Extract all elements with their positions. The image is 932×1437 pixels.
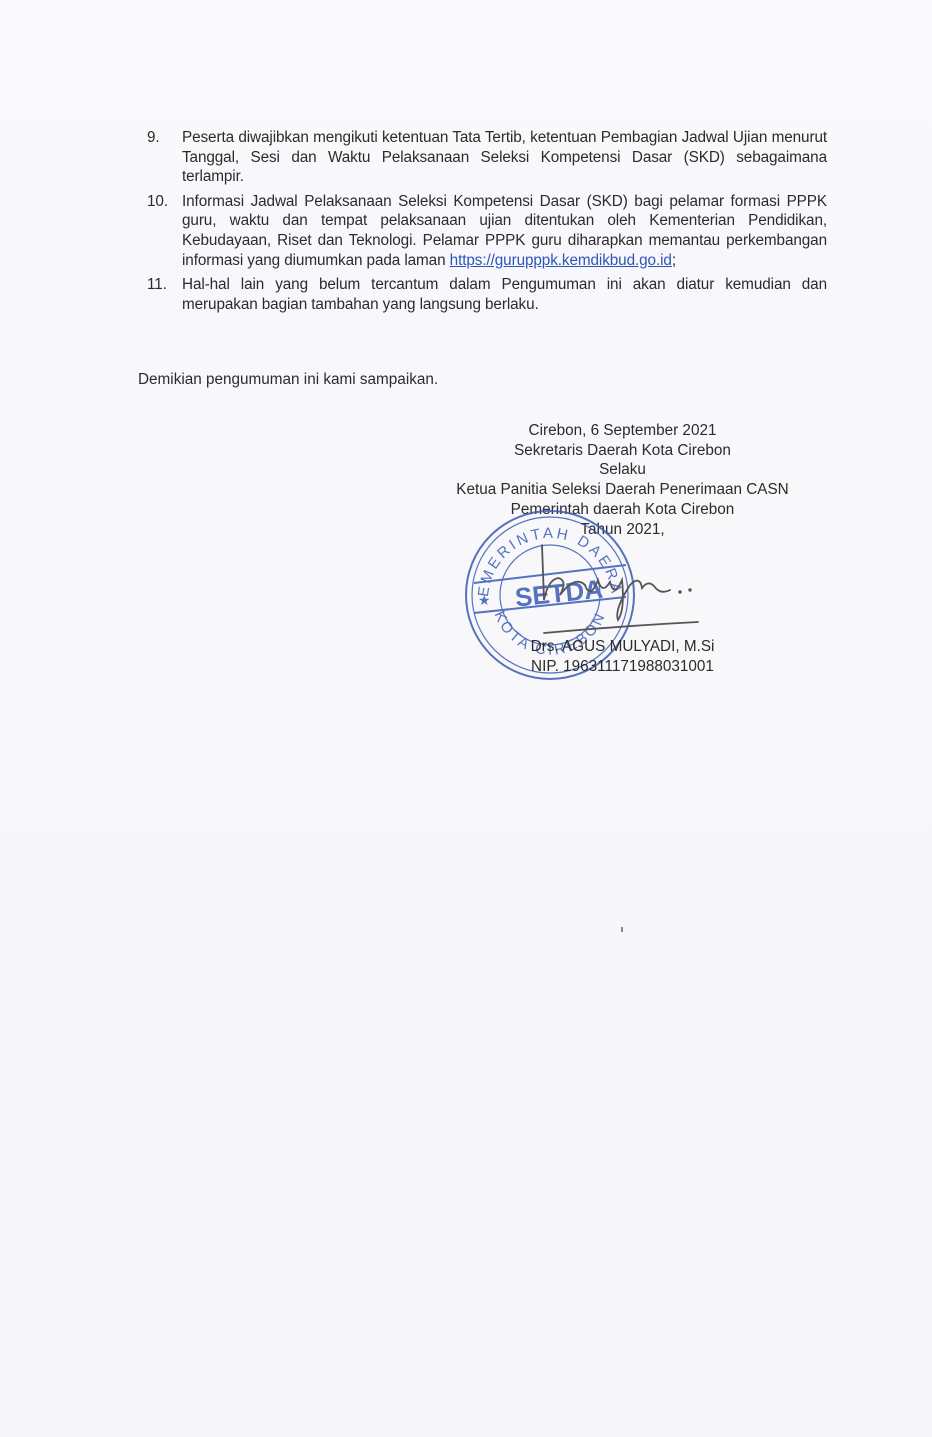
document-page: 9. Peserta diwajibkan mengikuti ketentua… (0, 0, 932, 1437)
signer-position: Sekretaris Daerah Kota Cirebon (420, 441, 825, 461)
signer-name: Drs. AGUS MULYADI, M.Si (420, 637, 825, 657)
place-date: Cirebon, 6 September 2021 (420, 421, 825, 441)
item-number: 10. (147, 192, 177, 212)
item-text: Peserta diwajibkan mengikuti ketentuan T… (182, 128, 827, 187)
scan-speck (621, 927, 623, 932)
handwritten-signature-icon (530, 540, 710, 640)
item-number: 11. (147, 275, 177, 295)
item-text: Informasi Jadwal Pelaksanaan Seleksi Kom… (182, 192, 827, 270)
selaku-label: Selaku (420, 460, 825, 480)
list-item: 10. Informasi Jadwal Pelaksanaan Seleksi… (147, 192, 827, 270)
item-text: Hal-hal lain yang belum tercantum dalam … (182, 275, 827, 314)
announcement-list: 9. Peserta diwajibkan mengikuti ketentua… (147, 128, 827, 319)
closing-statement: Demikian pengumuman ini kami sampaikan. (138, 371, 438, 389)
svg-text:★: ★ (478, 592, 491, 608)
item-suffix: ; (672, 252, 676, 269)
signer-role: Ketua Panitia Seleksi Daerah Penerimaan … (420, 480, 825, 500)
signer-identity: Drs. AGUS MULYADI, M.Si NIP. 19631117198… (420, 637, 825, 676)
signer-nip: NIP. 196311171988031001 (420, 657, 825, 677)
gurupppk-link[interactable]: https://gurupppk.kemdikbud.go.id (450, 252, 672, 269)
list-item: 9. Peserta diwajibkan mengikuti ketentua… (147, 128, 827, 187)
list-item: 11. Hal-hal lain yang belum tercantum da… (147, 275, 827, 314)
item-number: 9. (147, 128, 177, 148)
